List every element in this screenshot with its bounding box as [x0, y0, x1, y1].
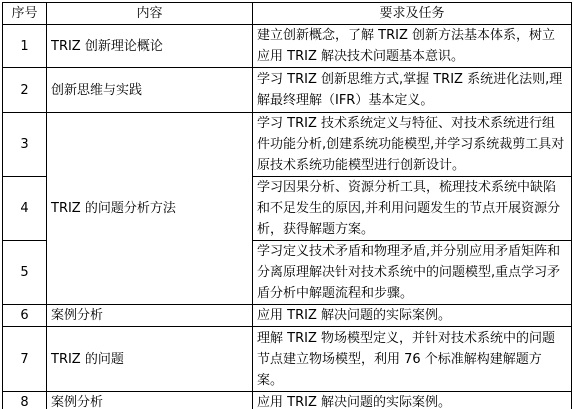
- header-num: 序号: [3, 3, 47, 25]
- row-content: TRIZ 的问题: [47, 327, 253, 392]
- row-requirements: 学习 TRIZ 技术系统定义与特征、对技术系统进行组件功能分析,创建系统功能模型…: [253, 113, 572, 177]
- row-requirements: 学习因果分析、资源分析工具，梳理技术系统中缺陷和不足发生的原因,并利用问题发生的…: [253, 177, 572, 241]
- row-num: 5: [3, 241, 47, 305]
- row-content: 案例分析: [47, 392, 253, 409]
- row-content: TRIZ 创新理论概论: [47, 25, 253, 68]
- row-requirements: 学习定义技术矛盾和物理矛盾,并分别应用矛盾矩阵和分离原理解决针对技术系统中的问题…: [253, 241, 572, 305]
- row-requirements: 应用 TRIZ 解决问题的实际案例。: [253, 305, 572, 327]
- table-row: 7 TRIZ 的问题 理解 TRIZ 物场模型定义，并针对技术系统中的问题节点建…: [3, 327, 572, 392]
- row-num: 4: [3, 177, 47, 241]
- row-num: 1: [3, 25, 47, 68]
- syllabus-table: 序号 内容 要求及任务 1 TRIZ 创新理论概论 建立创新概念，了解 TRIZ…: [2, 2, 572, 409]
- row-num: 7: [3, 327, 47, 392]
- header-content: 内容: [47, 3, 253, 25]
- header-requirements: 要求及任务: [253, 3, 572, 25]
- row-content: 创新思维与实践: [47, 68, 253, 113]
- table-row: 8 案例分析 应用 TRIZ 解决问题的实际案例。: [3, 392, 572, 409]
- table-row: 6 案例分析 应用 TRIZ 解决问题的实际案例。: [3, 305, 572, 327]
- row-requirements: 学习 TRIZ 创新思维方式,掌握 TRIZ 系统进化法则,理解最终理解（IFR…: [253, 68, 572, 113]
- row-content: 案例分析: [47, 305, 253, 327]
- table-row: 1 TRIZ 创新理论概论 建立创新概念，了解 TRIZ 创新方法基本体系，树立…: [3, 25, 572, 68]
- row-requirements: 理解 TRIZ 物场模型定义，并针对技术系统中的问题节点建立物场模型，利用 76…: [253, 327, 572, 392]
- header-row: 序号 内容 要求及任务: [3, 3, 572, 25]
- row-requirements: 建立创新概念，了解 TRIZ 创新方法基本体系，树立应用 TRIZ 解决技术问题…: [253, 25, 572, 68]
- row-num: 3: [3, 113, 47, 177]
- row-num: 8: [3, 392, 47, 409]
- row-num: 6: [3, 305, 47, 327]
- table-row: 2 创新思维与实践 学习 TRIZ 创新思维方式,掌握 TRIZ 系统进化法则,…: [3, 68, 572, 113]
- table-row: 3 TRIZ 的问题分析方法 学习 TRIZ 技术系统定义与特征、对技术系统进行…: [3, 113, 572, 177]
- row-content-merged: TRIZ 的问题分析方法: [47, 113, 253, 305]
- row-num: 2: [3, 68, 47, 113]
- row-requirements: 应用 TRIZ 解决问题的实际案例。: [253, 392, 572, 409]
